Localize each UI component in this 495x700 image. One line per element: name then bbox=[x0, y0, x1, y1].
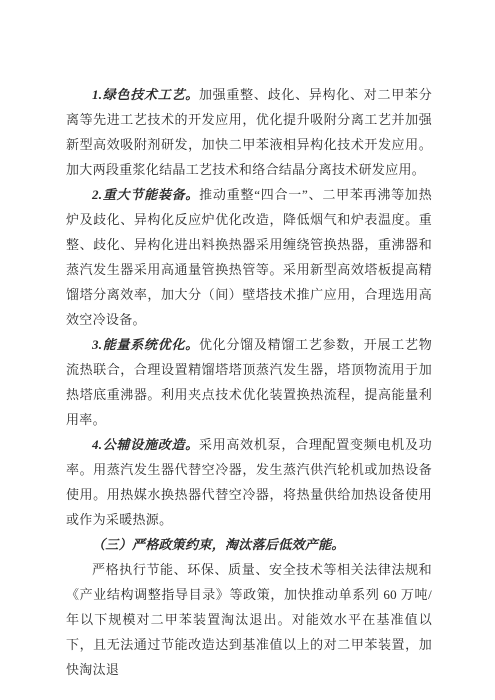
paragraph-energy-system-optimization: 3.能量系统优化。优化分馏及精馏工艺参数，开展工艺物流热联合，合理设置精馏塔塔顶… bbox=[66, 332, 432, 432]
document-text: 1.绿色技术工艺。加强重整、歧化、异构化、对二甲苯分离等先进工艺技术的开发应用，… bbox=[66, 82, 432, 682]
paragraph-energy-saving-equipment-body: 推动重整“四合一”、二甲苯再沸等加热炉及歧化、异构化反应炉优化改造，降低烟气和炉… bbox=[66, 187, 432, 327]
document-page: 1.绿色技术工艺。加强重整、歧化、异构化、对二甲苯分离等先进工艺技术的开发应用，… bbox=[0, 0, 495, 700]
paragraph-green-technology: 1.绿色技术工艺。加强重整、歧化、异构化、对二甲苯分离等先进工艺技术的开发应用，… bbox=[66, 82, 432, 182]
paragraph-policy-enforcement: 严格执行节能、环保、质量、安全技术等相关法律法规和《产业结构调整指导目录》等政策… bbox=[66, 557, 432, 682]
paragraph-energy-system-optimization-heading: 3.能量系统优化。 bbox=[92, 337, 199, 352]
section-heading-policy-constraints-text: （三）严格政策约束，淘汰落后低效产能。 bbox=[92, 537, 345, 552]
paragraph-policy-enforcement-body: 严格执行节能、环保、质量、安全技术等相关法律法规和《产业结构调整指导目录》等政策… bbox=[66, 562, 432, 677]
paragraph-energy-saving-equipment-heading: 2.重大节能装备。 bbox=[92, 187, 199, 202]
paragraph-green-technology-heading: 1.绿色技术工艺。 bbox=[92, 87, 199, 102]
paragraph-energy-saving-equipment: 2.重大节能装备。推动重整“四合一”、二甲苯再沸等加热炉及歧化、异构化反应炉优化… bbox=[66, 182, 432, 332]
paragraph-auxiliary-facility-renovation-heading: 4.公辅设施改造。 bbox=[92, 437, 199, 452]
paragraph-auxiliary-facility-renovation: 4.公辅设施改造。采用高效机泵，合理配置变频电机及功率。用蒸汽发生器代替空冷器，… bbox=[66, 432, 432, 532]
section-heading-policy-constraints: （三）严格政策约束，淘汰落后低效产能。 bbox=[66, 532, 432, 557]
